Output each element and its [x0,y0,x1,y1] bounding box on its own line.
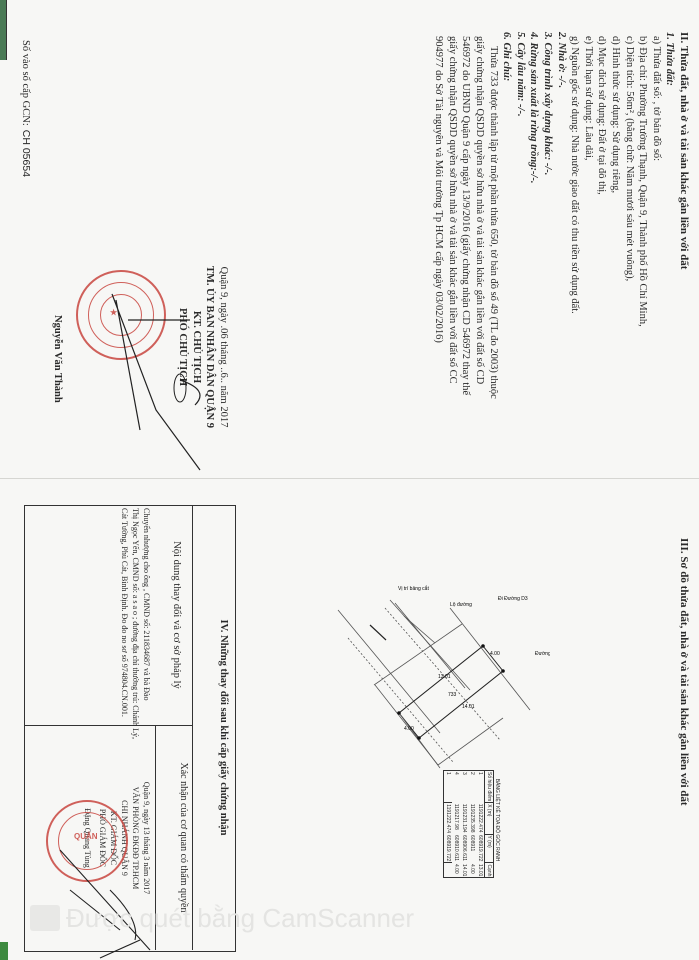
note-line: giấy chứng nhận QSDD quyền sở hữu nhà ở … [473,32,487,399]
office-signature [40,830,160,960]
parcel-address: b) Địa chỉ: Phường Trường Thạnh, Quận 9,… [636,32,650,399]
section-2-title: II. Thửa đất, nhà ở và tài sản khác gắn … [676,32,690,399]
registry-wrap: Số vào sổ cấp GCN: CH 05654 [18,40,36,177]
usage-form: d) Hình thức sử dụng: Sử dụng riêng, [608,32,622,399]
usage-purpose: d) Mục đích sử dụng: Đất ở tại đô thị, [595,32,609,399]
notes-heading: 6. Ghi chú: [500,32,514,399]
section-3-title: III. Sơ đồ thửa đất, nhà ở và tài sản kh… [676,538,690,806]
section-4-title: IV. Những thay đổi sau khi cấp giấy chứn… [216,505,230,950]
registry-label: Số vào sổ cấp GCN: [20,40,31,126]
coord-table-grid: Số hiệu điểm X (m) Y (m) Cạnh 11191222.4… [443,770,494,878]
other-construction-item: 3. Công trình xây dựng khác: -/-. [540,32,554,399]
note-line: Thửa 733 được thành lập từ một phần thửa… [486,32,500,399]
section-4-title-wrap: IV. Những thay đổi sau khi cấp giấy chứn… [216,505,230,950]
svg-text:Đường: Đường [535,651,550,657]
svg-text:Vị trí bảng cắt: Vị trí bảng cắt [398,585,429,592]
page-border [6,0,7,60]
house-item: 2. Nhà ở: -/-. [554,32,568,399]
change-line: Chuyển nhượng cho ông , CMND số: 2118346… [141,508,152,739]
parcel-heading: 1. Thửa đất: [663,32,677,399]
section-2: II. Thửa đất, nhà ở và tài sản khác gắn … [432,32,690,399]
table-row: 21191235.3986089114.00 [468,771,476,878]
note-line: giấy chứng nhận QSDD quyền sở hữu nhà ở … [445,32,459,399]
svg-text:13.01: 13.01 [438,674,451,680]
table-row: 41191217.98608910.6114.00 [452,771,460,878]
table-row: 11191222.474608919.72213.01 [476,771,485,878]
camscanner-logo-icon [30,905,60,931]
usage-term: e) Thời hạn sử dụng: Lâu dài, [581,32,595,399]
col1-header: Nội dung thay đổi và cơ sở pháp lý [169,505,183,725]
watermark: Được quét bằng CamScanner [66,903,414,934]
change-content: Chuyển nhượng cho ông , CMND số: 2118346… [119,508,152,739]
svg-text:14.01: 14.01 [462,704,475,710]
forest-item: 4. Rừng sản xuất là rừng trồng:-/-. [527,32,541,399]
signature [70,280,210,480]
section-3: III. Sơ đồ thửa đất, nhà ở và tài sản kh… [676,538,690,806]
col1-header-wrap: Nội dung thay đổi và cơ sở pháp lý [169,505,183,725]
usage-origin: g) Nguồn gốc sử dụng: Nhà nước giao đất … [568,32,582,399]
svg-text:Đi Đường D3: Đi Đường D3 [498,596,528,602]
parcel-number-label: 733 [448,692,457,698]
change-line: Thị Ngọc Yến, CMND số: a s a o ; đường đ… [130,508,141,739]
registry-value: CH 05654 [20,130,32,177]
parcel-number: a) Thửa đất số: , tờ bản đồ số: [649,32,663,399]
parcel-map: 733 13.01 14.01 4.00 4.00 Đi Đường D3 Đư… [290,560,550,880]
perennial-item: 5. Cây lâu năm: -/-. [513,32,527,399]
svg-text:4.00: 4.00 [490,651,500,657]
note-line: 546972 do UBND Quận 9 cấp ngày 13/9/2016… [459,32,473,399]
signer-name-wrap: Nguyễn Văn Thành [50,315,64,403]
scan-edge [0,942,8,960]
svg-text:Lộ đường: Lộ đường [450,602,472,608]
table-row: 11191222.474608919.722 [444,771,453,878]
issue-date: Quận 9, ngày .06 tháng ..6.. năm 2017 [216,232,230,462]
svg-text:4.00: 4.00 [404,726,414,732]
table-row: 31191231.194608906.61114.01 [460,771,468,878]
signer-name: Nguyễn Văn Thành [50,315,64,403]
note-line: 904977 do Sở Tài nguyên và Môi trường Tp… [432,32,446,399]
change-line: Cát Tường, Phù Cát, Bình Định. Đo đo no … [119,508,130,739]
parcel-area: c) Diện tích: 56m², (bằng chữ: Năm mươi … [622,32,636,399]
coord-table: BẢNG LIỆT KÊ TỌA ĐỘ GÓC RANH Số hiệu điể… [443,770,500,878]
